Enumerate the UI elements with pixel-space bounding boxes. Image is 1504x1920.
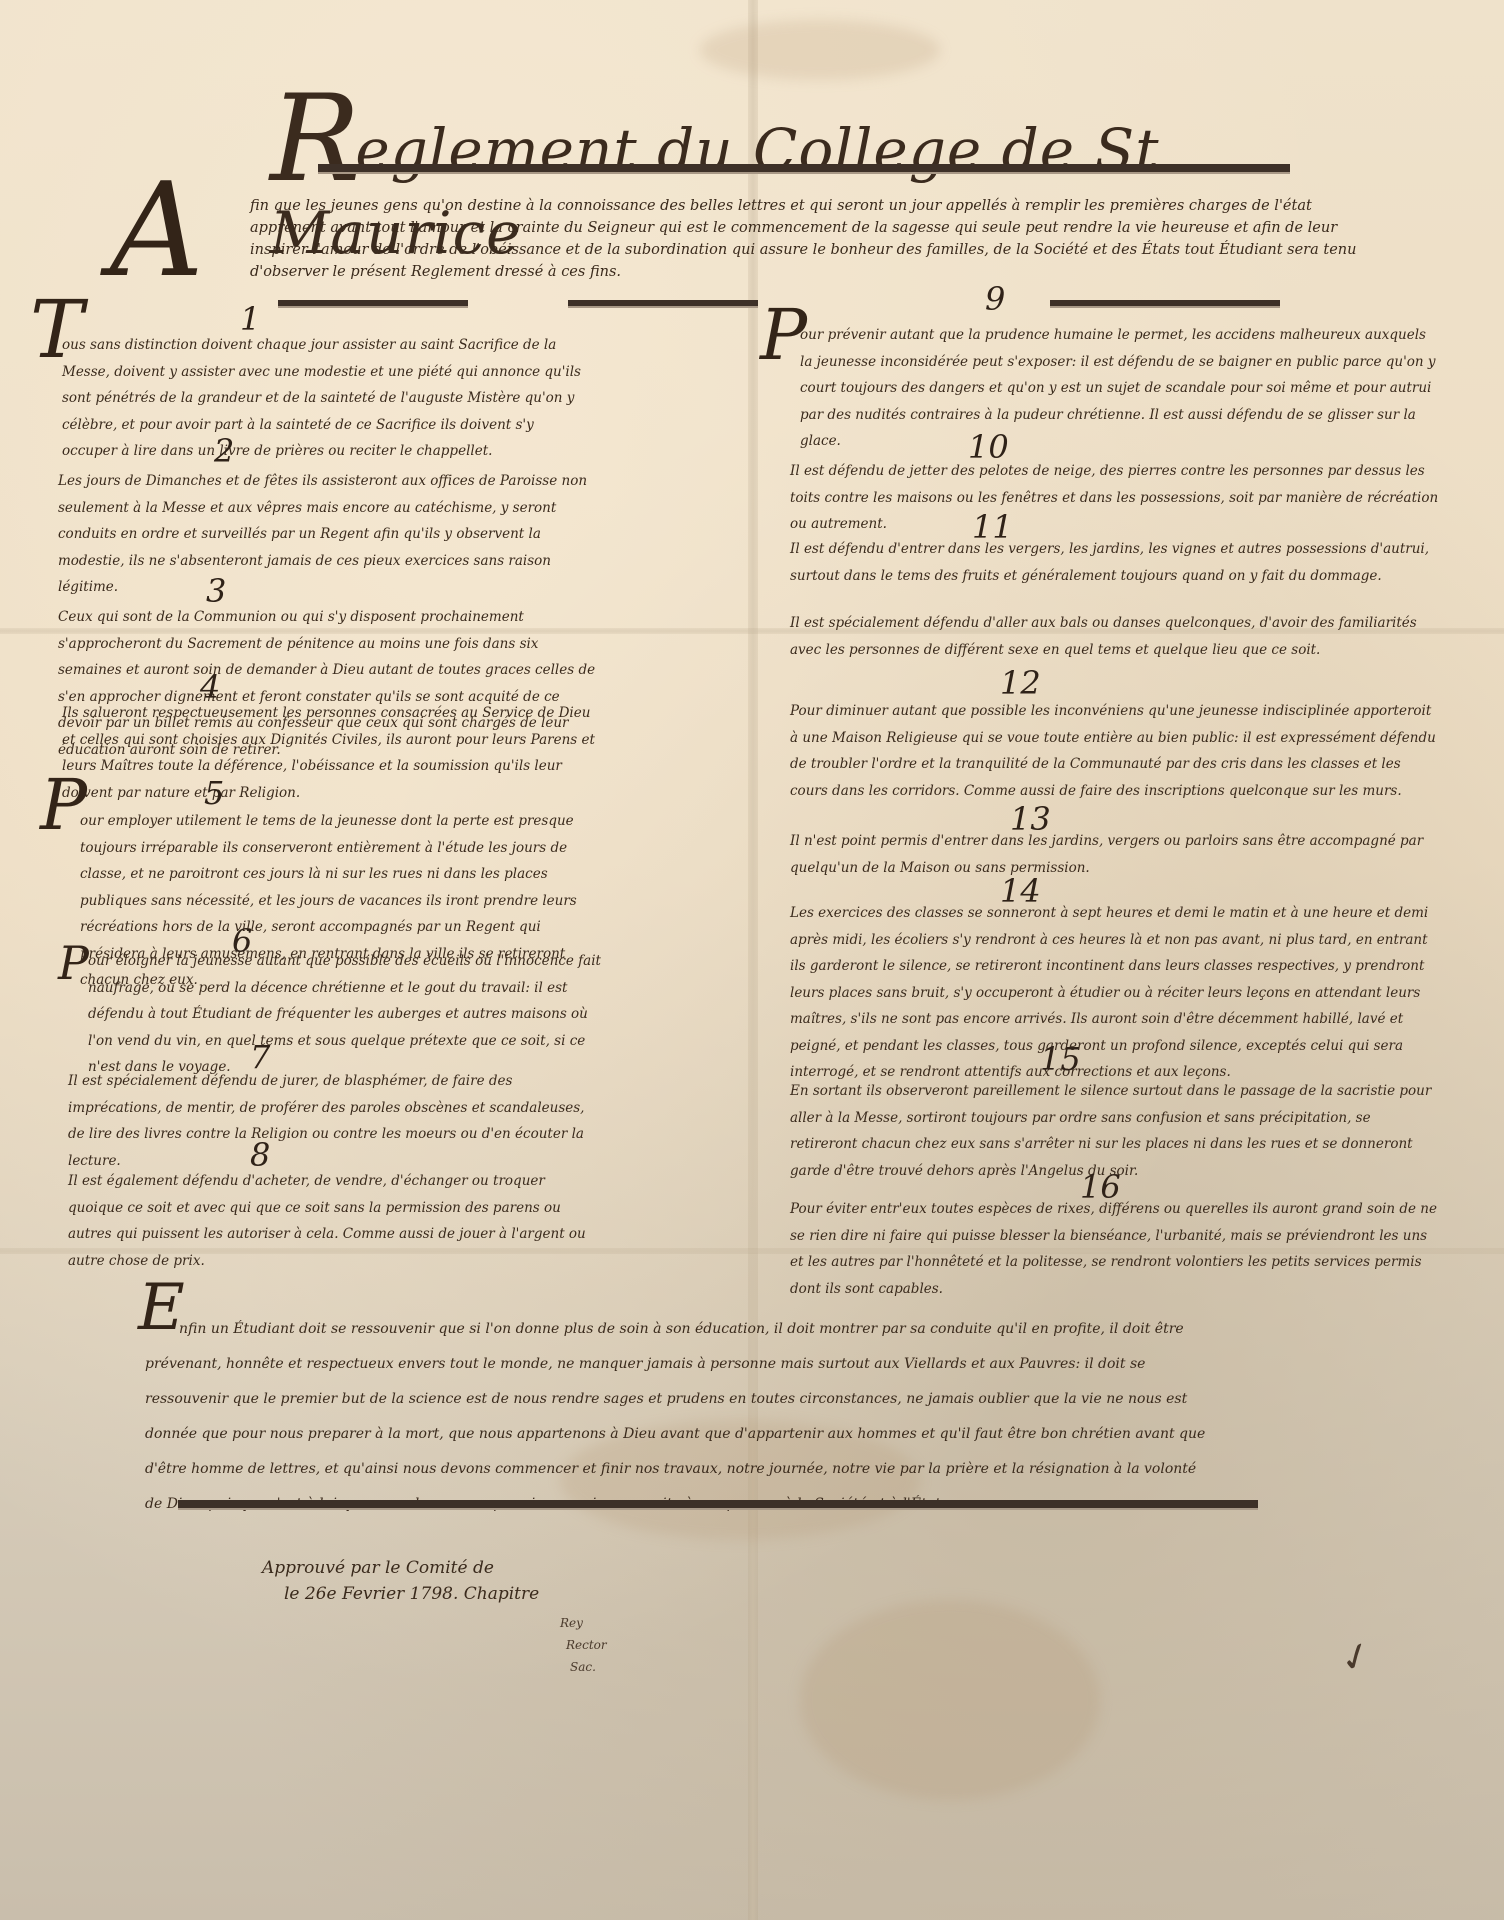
article-6-dropcap: P [58,940,89,986]
section-rule [1050,300,1280,308]
closing-paragraph: nfin un Étudiant doit se ressouvenir que… [145,1312,1215,1522]
article-9-number: 9 [985,280,1005,318]
approval-note: Approuvé par le Comité de le 26e Fevrier… [262,1555,539,1607]
document-title: Reglement du College de St Maurice [270,60,1230,170]
article-2-number: 2 [214,432,234,470]
closing-rule [178,1500,1258,1510]
signature-line: Rey [560,1612,607,1634]
article-12-text: Pour diminuer autant que possible les in… [790,698,1440,804]
water-stain [800,1600,1100,1800]
parchment-sheet: Reglement du College de St Maurice A fin… [0,0,1504,1920]
article-14-text: Les exercices des classes se sonneront à… [790,900,1440,1086]
vertical-fold [748,0,758,1920]
article-5-number: 5 [204,774,224,812]
section-rule [278,300,468,308]
intro-dropcap: A [110,165,204,295]
title-initial: R [270,70,361,209]
title-rule [318,164,1290,174]
article-4-text: Ils salueront respectueusement les perso… [62,700,602,806]
signature-block: Rey Rector Sac. [560,1612,607,1678]
article-9-text: our prévenir autant que la prudence huma… [800,322,1440,455]
article-2-text: Les jours de Dimanches et de fêtes ils a… [58,468,598,601]
signature-line: Rector [560,1634,607,1656]
article-11-text: Il est défendu d'entrer dans les vergers… [790,536,1440,589]
article-16-text: Pour éviter entr'eux toutes espèces de r… [790,1196,1440,1302]
approval-line-1: Approuvé par le Comité de [262,1555,539,1581]
article-15-number: 15 [1040,1040,1081,1078]
approval-line-2: le 26e Fevrier 1798. Chapitre [262,1581,539,1607]
section-rule [568,300,758,308]
article-unnumbered-text: Il est spécialement défendu d'aller aux … [790,610,1440,663]
article-12-number: 12 [1000,664,1041,702]
article-10-text: Il est défendu de jetter des pelotes de … [790,458,1440,538]
article-7-text: Il est spécialement défendu de jurer, de… [68,1068,603,1174]
intro-paragraph: fin que les jeunes gens qu'on destine à … [250,195,1390,283]
signature-line: Sac. [560,1656,607,1678]
article-1-text: ous sans distinction doivent chaque jour… [62,332,592,465]
article-6-text: our éloigner la jeunesse autant que poss… [88,948,608,1081]
article-8-text: Il est également défendu d'acheter, de v… [68,1168,603,1274]
article-13-text: Il n'est point permis d'entrer dans les … [790,828,1440,881]
pen-mark-icon: ✓ [1333,1631,1378,1683]
